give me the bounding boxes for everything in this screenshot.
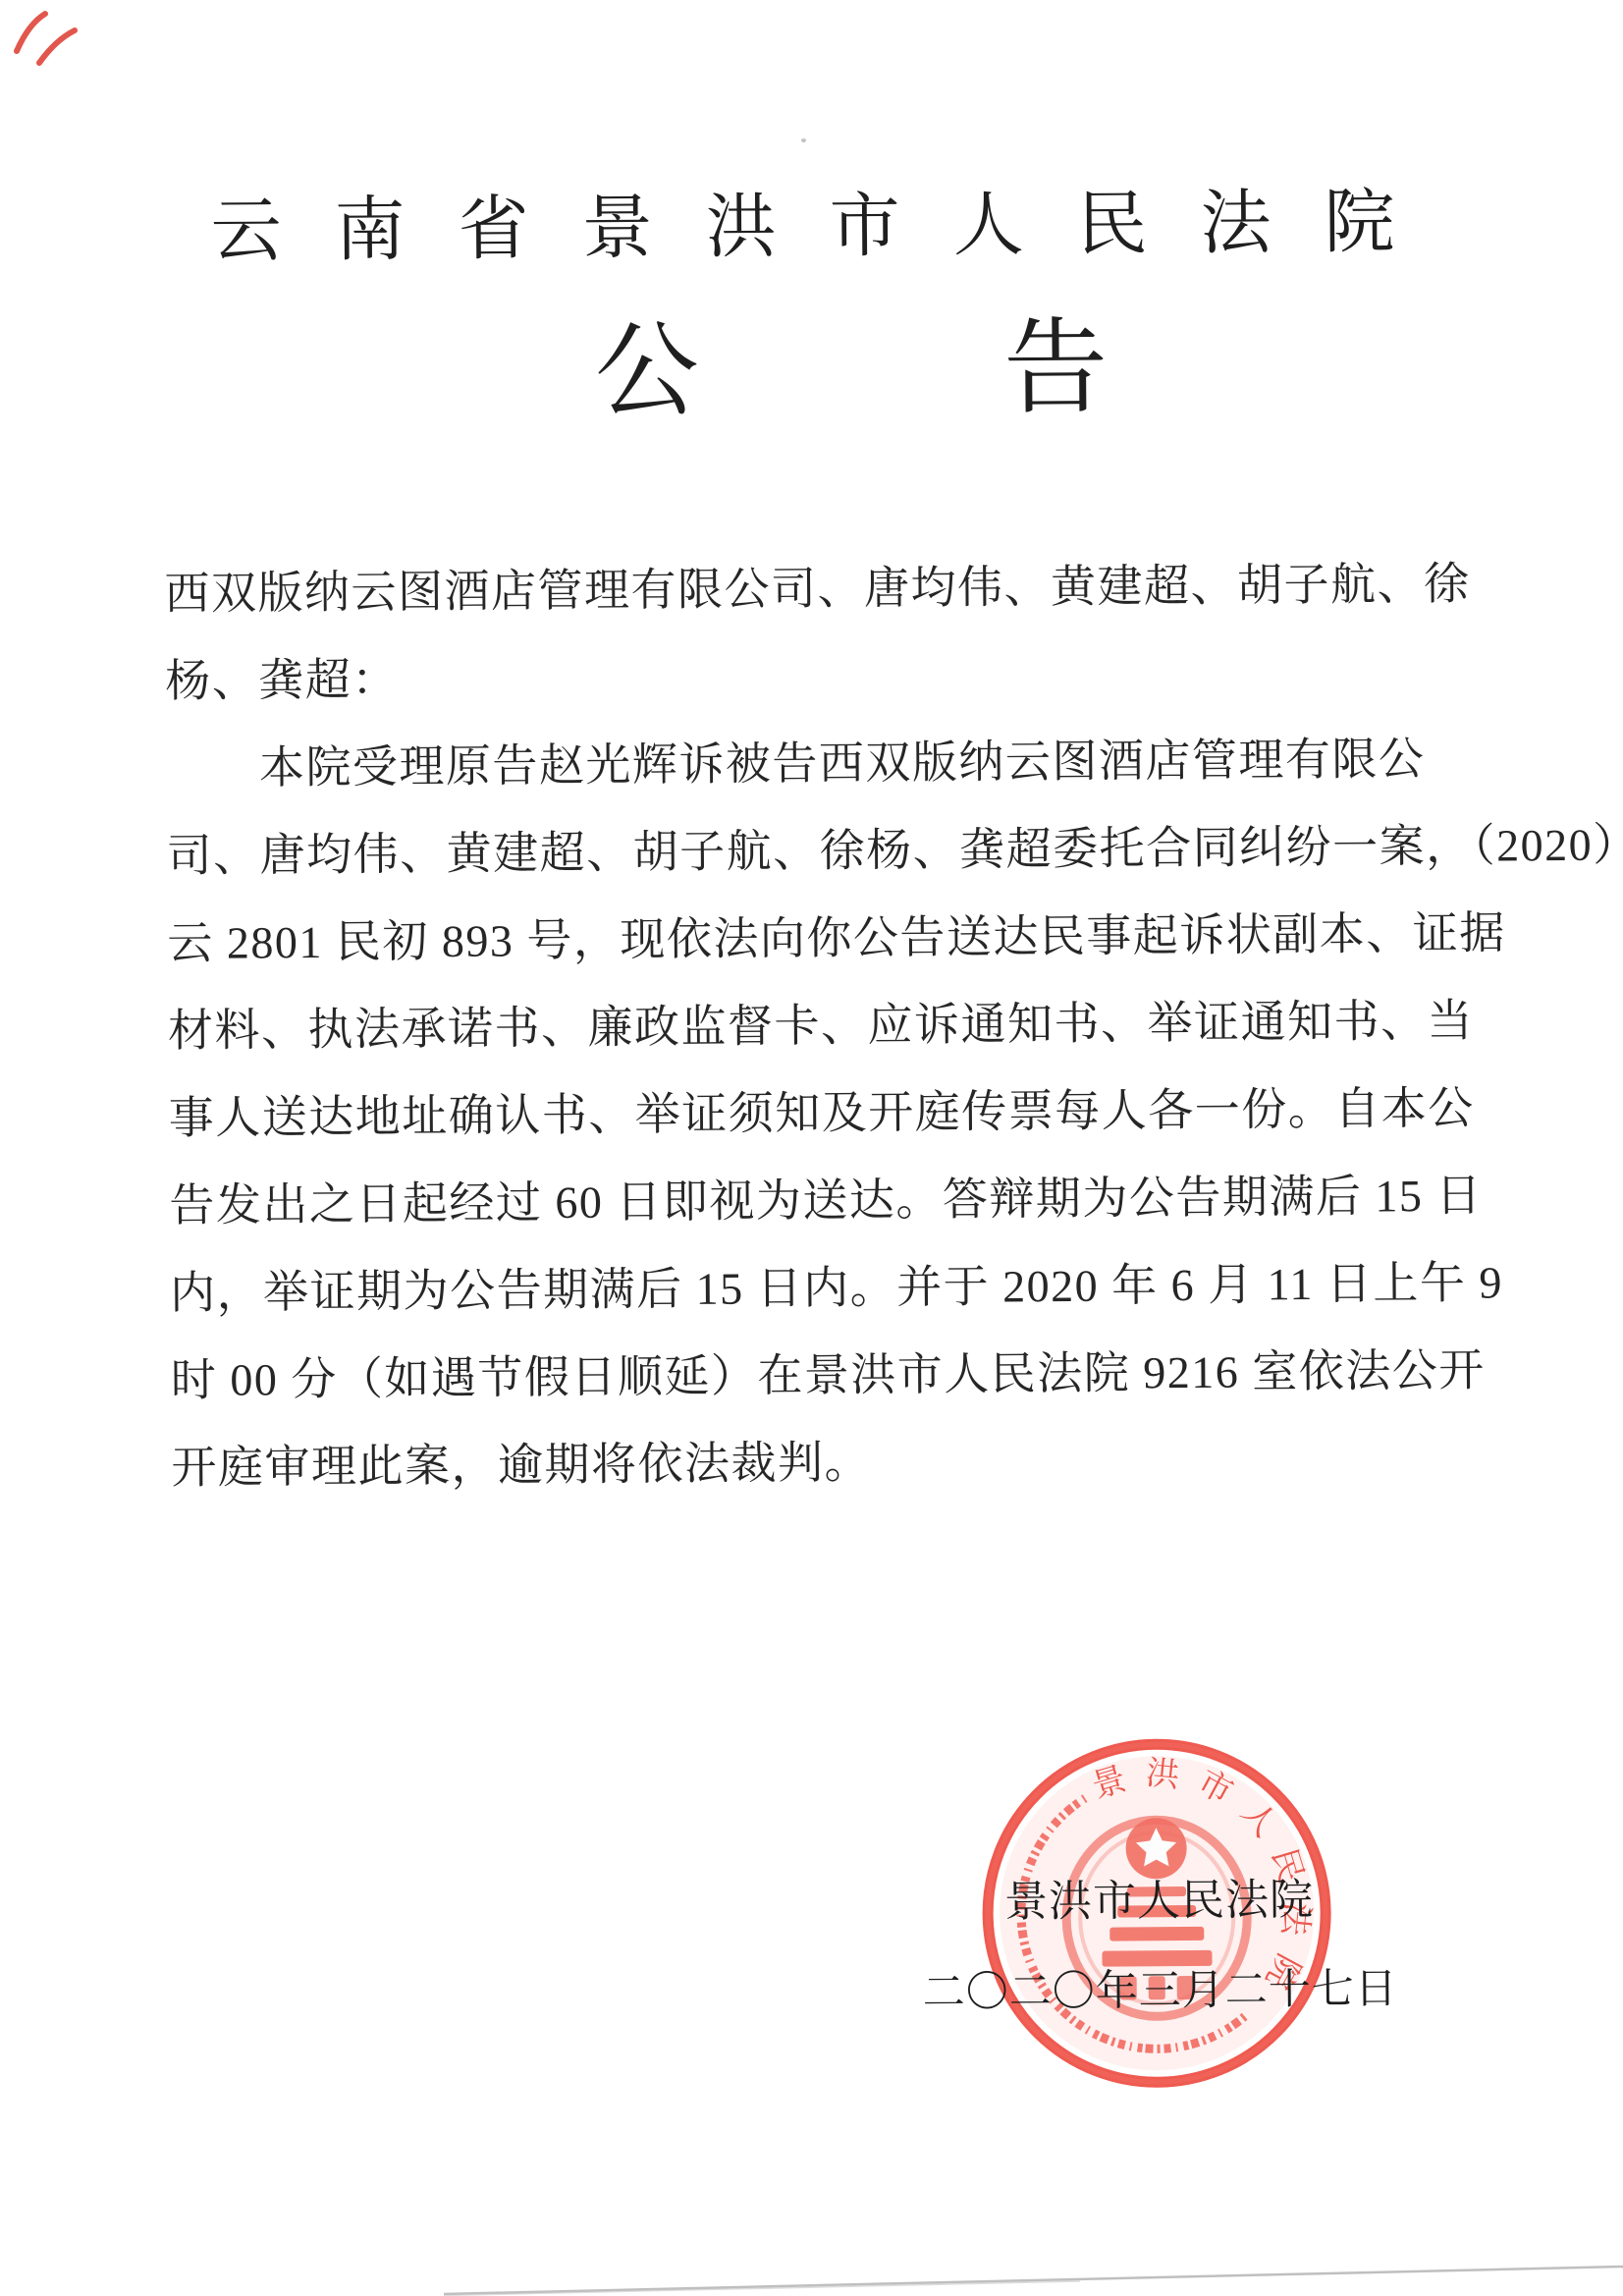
body-line: 告发出之日起经过 60 日即视为送达。答辩期为公告期满后 15 日 <box>169 1151 1510 1249</box>
body-line: 司、唐均伟、黄建超、胡子航、徐杨、龚超委托合同纠纷一案，（2020） <box>166 801 1507 900</box>
body-line: 内，举证期为公告期满后 15 日内。并于 2020 年 6 月 11 日上午 9 <box>170 1238 1511 1337</box>
body-line: 云 2801 民初 893 号，现依法向你公告送达民事起诉状副本、证据 <box>167 889 1508 987</box>
body-line: 本院受理原告赵光辉诉被告西双版纳云图酒店管理有限公 <box>166 714 1507 812</box>
notice-heading: 公 告 <box>594 283 1248 437</box>
signature-court-name: 景洪市人民法院 <box>1004 1864 1314 1929</box>
body-line: 开庭审理此案，逾期将依法裁判。 <box>171 1413 1512 1511</box>
body-line: 时 00 分（如遇节假日顺延）在景洪市人民法院 9216 室依法公开 <box>170 1326 1511 1424</box>
salutation-line: 杨、龚超： <box>165 627 1506 725</box>
notice-document-page: 云南省景洪市人民法院 公 告 西双版纳云图酒店管理有限公司、唐均伟、黄建超、胡子… <box>0 0 1623 2296</box>
salutation-line: 西双版纳云图酒店管理有限公司、唐均伟、黄建超、胡子航、徐 <box>164 539 1505 637</box>
court-title: 云南省景洪市人民法院 <box>210 164 1448 276</box>
notice-heading-text: 公 告 <box>594 309 1247 429</box>
issue-date: 二〇二〇年三月二十七日 <box>922 1955 1397 2019</box>
body-line: 事人送达地址确认书、举证须知及开庭传票每人各一份。自本公 <box>168 1064 1509 1162</box>
document-content: 云南省景洪市人民法院 公 告 西双版纳云图酒店管理有限公司、唐均伟、黄建超、胡子… <box>0 0 1623 2296</box>
body-line: 材料、执法承诺书、廉政监督卡、应诉通知书、举证通知书、当 <box>168 976 1509 1074</box>
ink-dot <box>801 138 806 142</box>
notice-body: 西双版纳云图酒店管理有限公司、唐均伟、黄建超、胡子航、徐 杨、龚超： 本院受理原… <box>164 539 1512 1511</box>
